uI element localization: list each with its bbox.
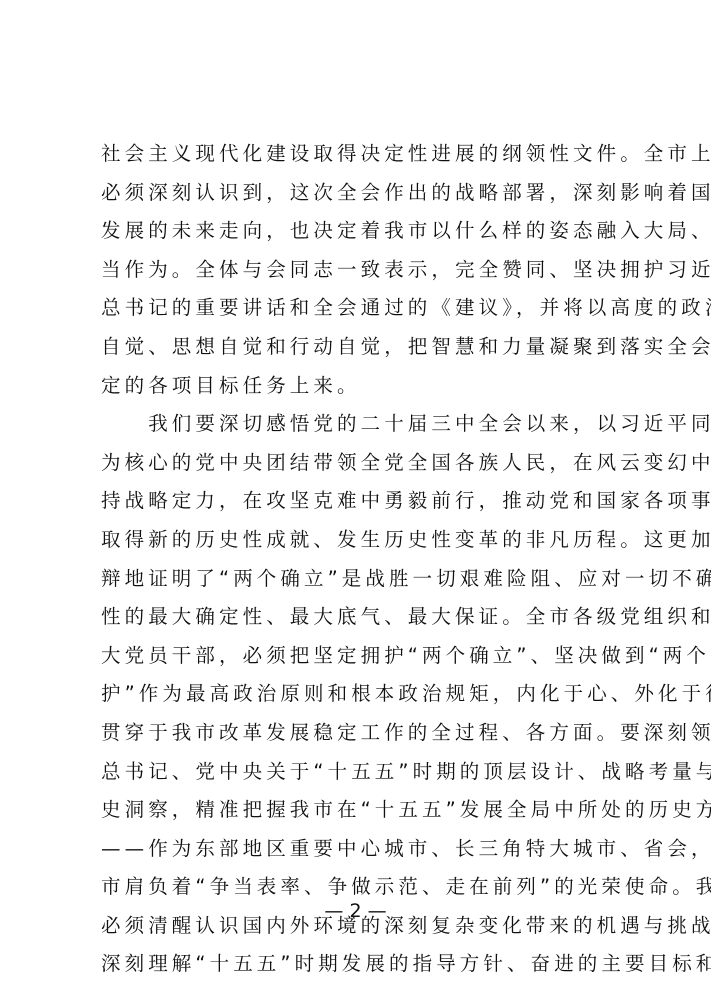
text-line: 当作为。全体与会同志一致表示，完全赞同、坚决拥护习近平 <box>101 251 613 290</box>
text-line: 深刻理解“十五五”时期发展的指导方针、奋进的主要目标和推 <box>101 945 613 984</box>
text-line: 为核心的党中央团结带领全党全国各族人民，在风云变幻中保 <box>101 444 613 483</box>
text-line: 总书记、党中央关于“十五五”时期的顶层设计、战略考量与历 <box>101 753 613 792</box>
text-line: ——作为东部地区重要中心城市、长三角特大城市、省会，我 <box>101 830 613 869</box>
page-number: — 2 — <box>0 900 711 922</box>
document-page: 社会主义现代化建设取得决定性进展的纲领性文件。全市上下 必须深刻认识到，这次全会… <box>0 0 711 1006</box>
body-text: 社会主义现代化建设取得决定性进展的纲领性文件。全市上下 必须深刻认识到，这次全会… <box>101 135 613 984</box>
text-line: 发展的未来走向，也决定着我市以什么样的姿态融入大局、担 <box>101 212 613 251</box>
text-line: 护”作为最高政治原则和根本政治规矩，内化于心、外化于行， <box>101 675 613 714</box>
text-line: 史洞察，精准把握我市在“十五五”发展全局中所处的历史方位 <box>101 791 613 830</box>
text-line: 社会主义现代化建设取得决定性进展的纲领性文件。全市上下 <box>101 135 613 174</box>
text-line: 总书记的重要讲话和全会通过的《建议》，并将以高度的政治 <box>101 289 613 328</box>
text-line: 大党员干部，必须把坚定拥护“两个确立”、坚决做到“两个维 <box>101 637 613 676</box>
text-line: 性的最大确定性、最大底气、最大保证。全市各级党组织和广 <box>101 598 613 637</box>
paragraph-start-line: 我们要深切感悟党的二十届三中全会以来，以习近平同志 <box>101 405 613 444</box>
text-line: 贯穿于我市改革发展稳定工作的全过程、各方面。要深刻领会 <box>101 714 613 753</box>
text-line: 取得新的历史性成就、发生历史性变革的非凡历程。这更加雄 <box>101 521 613 560</box>
text-line: 辩地证明了“两个确立”是战胜一切艰难险阻、应对一切不确定 <box>101 560 613 599</box>
text-line: 持战略定力，在攻坚克难中勇毅前行，推动党和国家各项事业 <box>101 482 613 521</box>
text-line: 定的各项目标任务上来。 <box>101 367 613 406</box>
text-line: 自觉、思想自觉和行动自觉，把智慧和力量凝聚到落实全会确 <box>101 328 613 367</box>
text-line: 必须深刻认识到，这次全会作出的战略部署，深刻影响着国家 <box>101 174 613 213</box>
